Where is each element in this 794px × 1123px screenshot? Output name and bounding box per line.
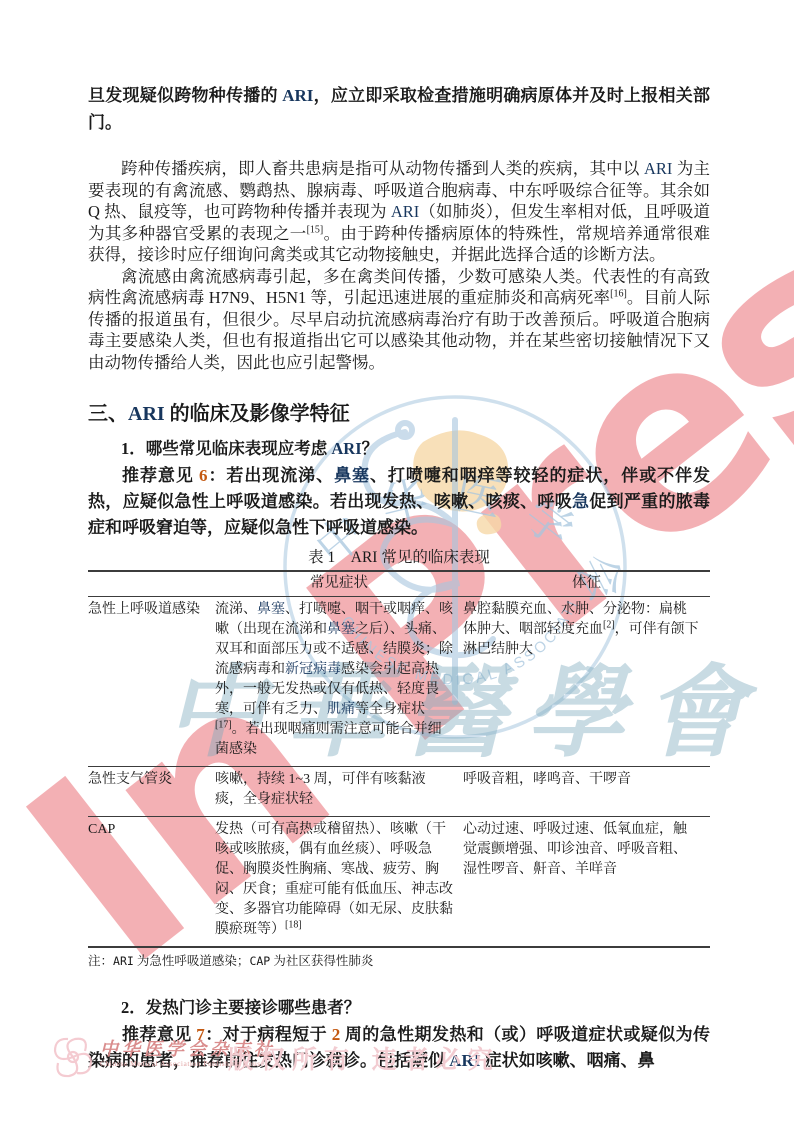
table-row: CAP 发热（可有高热或稽留热）、咳嗽（干咳或咳脓痰，偶有血丝痰）、呼吸急促、胸…	[88, 817, 710, 948]
header-signs: 体征	[463, 571, 710, 597]
cma-flower-logo	[52, 1036, 94, 1078]
document-page: In Press 中华医学会 CHINESE MEDICAL ASSOCIATI…	[0, 0, 794, 1123]
paragraph-report-requirement: 旦发现疑似跨物种传播的 ARI，应立即采取检查措施明确病原体并及时上报相关部门。	[88, 82, 710, 136]
table-row: 急性上呼吸道感染 流涕、鼻塞、打喷嚏、咽干或咽痒、咳嗽（出现在流涕和鼻塞之后）、…	[88, 597, 710, 767]
clinical-manifestations-table: 常见症状 体征 急性上呼吸道感染 流涕、鼻塞、打喷嚏、咽干或咽痒、咳嗽（出现在流…	[88, 570, 710, 948]
row-name-upper-respiratory-infection: 急性上呼吸道感染	[88, 597, 215, 767]
row-name-acute-bronchitis: 急性支气管炎	[88, 767, 215, 817]
row-signs: 鼻腔黏膜充血、水肿、分泌物：扁桃体肿大、咽部轻度充血[2]，可伴有颌下淋巴结肿大	[463, 597, 710, 767]
row-signs: 心动过速、呼吸过速、低氧血症，触觉震颤增强、叩诊浊音、呼吸音粗、湿性啰音、鼾音、…	[463, 817, 710, 948]
header-common-symptoms: 常见症状	[215, 571, 463, 597]
header-empty	[88, 571, 215, 597]
row-symptoms: 咳嗽，持续 1~3 周，可伴有咳黏液痰，全身症状轻	[215, 767, 463, 817]
table-caption: 表 1 ARI 常见的临床表现	[88, 547, 710, 568]
section-heading-clinical-imaging-features: 三、ARI 的临床及影像学特征	[88, 401, 710, 427]
question-1: 1．哪些常见临床表现应考虑 ARI？	[88, 437, 710, 461]
copyright-stamp: 版权所有 违者必究	[228, 1040, 500, 1076]
table-row: 急性支气管炎 咳嗽，持续 1~3 周，可伴有咳黏液痰，全身症状轻 呼吸音粗，哮鸣…	[88, 767, 710, 817]
row-symptoms: 流涕、鼻塞、打喷嚏、咽干或咽痒、咳嗽（出现在流涕和鼻塞之后）、头痛、双耳和面部压…	[215, 597, 463, 767]
table-note: 注：ARI 为急性呼吸道感染；CAP 为社区获得性肺炎	[88, 953, 710, 970]
page-content: 旦发现疑似跨物种传播的 ARI，应立即采取检查措施明确病原体并及时上报相关部门。…	[88, 82, 710, 1074]
table-header-row: 常见症状 体征	[88, 571, 710, 597]
recommendation-6: 推荐意见 6：若出现流涕、鼻塞、打喷嚏和咽痒等较轻的症状，伴或不伴发热，应疑似急…	[88, 463, 710, 541]
paragraph-avian-influenza: 禽流感由禽流感病毒引起，多在禽类间传播，少数可感染人类。代表性的有高致病性禽流感…	[88, 266, 710, 374]
row-symptoms: 发热（可有高热或稽留热）、咳嗽（干咳或咳脓痰，偶有血丝痰）、呼吸急促、胸膜炎性胸…	[215, 817, 463, 948]
paragraph-zoonotic-diseases: 跨种传播疾病，即人畜共患病是指可从动物传播到人类的疾病，其中以 ARI 为主要表…	[88, 158, 710, 266]
question-2: 2．发热门诊主要接诊哪些患者？	[88, 996, 710, 1020]
row-name-cap: CAP	[88, 817, 215, 948]
row-signs: 呼吸音粗，哮鸣音、干啰音	[463, 767, 710, 817]
